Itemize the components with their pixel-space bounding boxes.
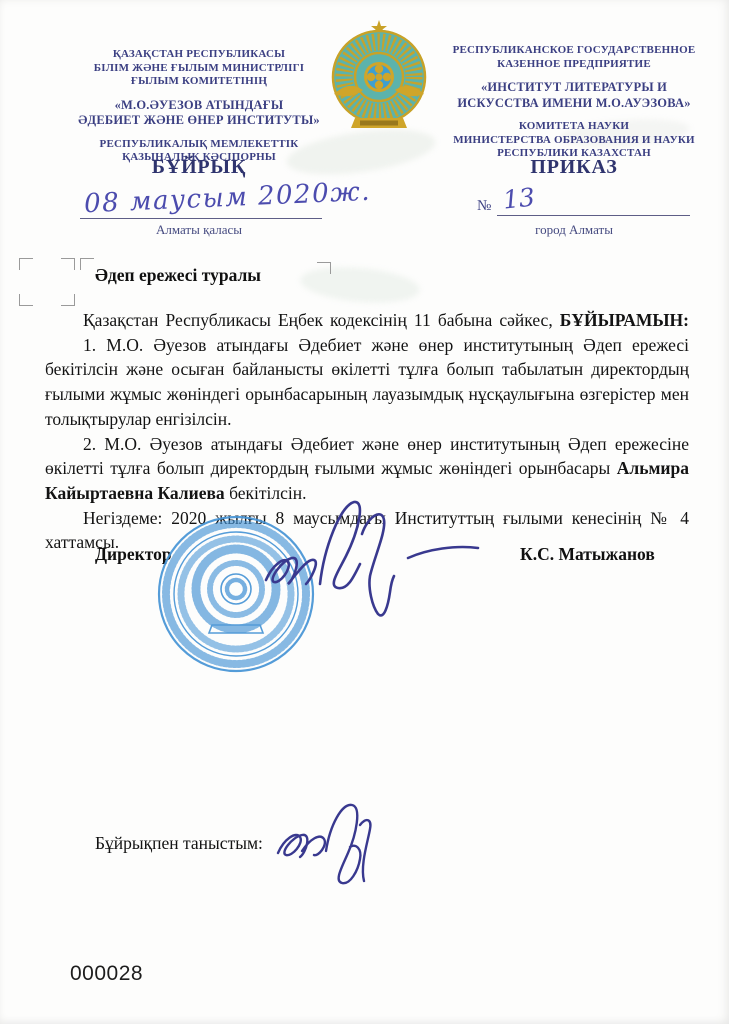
handwritten-number: 13 bbox=[502, 182, 537, 214]
letterhead-kazakh: ҚАЗАҚСТАН РЕСПУБЛИКАСЫ БІЛІМ ЖӘНЕ ҒЫЛЫМ … bbox=[58, 48, 340, 165]
institute-name-ru: ИСКУССТВА ИМЕНИ М.О.АУЭЗОВА» bbox=[428, 96, 720, 112]
crop-mark bbox=[61, 258, 75, 270]
item2-text: 2. М.О. Әуезов атындағы Әдебиет және өне… bbox=[45, 434, 689, 479]
institute-name-ru: «ИНСТИТУТ ЛИТЕРАТУРЫ И bbox=[428, 80, 720, 96]
number-sign: № bbox=[477, 198, 491, 215]
crop-mark bbox=[61, 294, 75, 306]
acknowledgement-label: Бұйрықпен таныстым: bbox=[95, 833, 263, 854]
institute-name-kk: ӘДЕБИЕТ ЖӘНЕ ӨНЕР ИНСТИТУТЫ» bbox=[58, 113, 340, 129]
letterhead-line: КОМИТЕТА НАУКИ bbox=[428, 120, 720, 134]
letterhead-line: РЕСПУБЛИКАЛЫҚ МЕМЛЕКЕТТІК bbox=[58, 138, 340, 152]
crop-mark bbox=[317, 262, 331, 274]
place-russian: город Алматы bbox=[428, 222, 720, 238]
order-subject: Әдеп ережесі туралы bbox=[95, 265, 261, 286]
serial-number: 000028 bbox=[70, 962, 143, 986]
institute-name-kk: «М.О.ӘУЕЗОВ АТЫНДАҒЫ bbox=[58, 98, 340, 114]
letterhead-line: ҒЫЛЫМ КОМИТЕТІНІҢ bbox=[58, 75, 340, 89]
intro-bold-word: БҰЙЫРАМЫН: bbox=[560, 310, 689, 330]
crop-mark bbox=[19, 258, 33, 270]
document-page: ҚАЗАҚСТАН РЕСПУБЛИКАСЫ БІЛІМ ЖӘНЕ ҒЫЛЫМ … bbox=[0, 0, 729, 1024]
place-kazakh: Алматы қаласы bbox=[58, 222, 340, 238]
letterhead-line: МИНИСТЕРСТВА ОБРАЗОВАНИЯ И НАУКИ bbox=[428, 134, 720, 148]
order-title-ru: ПРИКАЗ bbox=[428, 156, 720, 179]
intro-text: Қазақстан Республикасы Еңбек кодексінің … bbox=[83, 310, 560, 330]
crop-mark bbox=[80, 258, 94, 270]
letterhead-line: РЕСПУБЛИКАНСКОЕ ГОСУДАРСТВЕННОЕ bbox=[428, 44, 720, 58]
director-name: К.С. Матыжанов bbox=[520, 544, 655, 565]
letterhead-line: ҚАЗАҚСТАН РЕСПУБЛИКАСЫ bbox=[58, 48, 340, 62]
order-title-kk: БҰЙРЫҚ bbox=[58, 156, 340, 179]
handwritten-date: 08 маусым 2020ж. bbox=[83, 177, 371, 219]
letterhead-line: КАЗЕННОЕ ПРЕДПРИЯТИЕ bbox=[428, 58, 720, 72]
acknowledgement-signature-icon bbox=[272, 795, 390, 898]
letterhead-russian: РЕСПУБЛИКАНСКОЕ ГОСУДАРСТВЕННОЕ КАЗЕННОЕ… bbox=[428, 44, 720, 161]
letterhead-line: БІЛІМ ЖӘНЕ ҒЫЛЫМ МИНИСТРЛІГІ bbox=[58, 62, 340, 76]
crop-mark bbox=[19, 294, 33, 306]
kazakhstan-state-emblem-icon bbox=[329, 18, 429, 139]
body-intro: Қазақстан Республикасы Еңбек кодексінің … bbox=[45, 308, 689, 333]
body-item-1: 1. М.О. Әуезов атындағы Әдебиет және өне… bbox=[45, 333, 689, 432]
director-signature-icon bbox=[258, 488, 486, 641]
